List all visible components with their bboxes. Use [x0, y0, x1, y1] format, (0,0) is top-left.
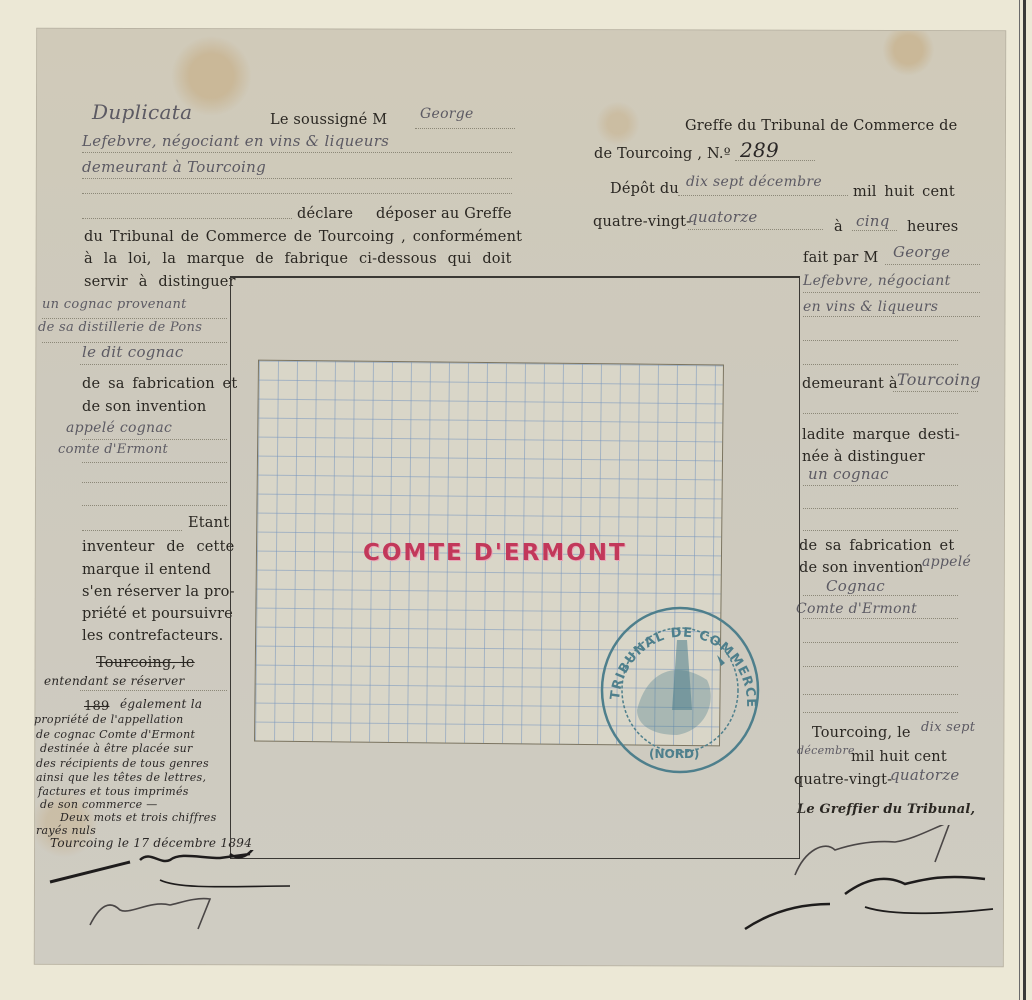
deposer-label: déposer au Greffe: [376, 206, 512, 222]
tribunal-seal-stamp: TRIBUNAL DE COMMERCE DE TOURCOING (NORD): [597, 600, 763, 776]
hw-deposit-number: 289: [740, 138, 779, 162]
hw-name-first: George: [420, 106, 474, 122]
marque-line: marque il entend: [82, 562, 211, 578]
hw-named-2: comte d'Ermont: [58, 442, 168, 457]
hw-left-date: Tourcoing le 17 décembre 1894: [50, 836, 252, 850]
nee-line: née à distinguer: [802, 449, 925, 465]
album-border-inner: [1019, 0, 1020, 1000]
field-line: [803, 485, 958, 486]
tribunal-line: du Tribunal de Commerce de Tourcoing , c…: [84, 229, 522, 245]
field-line: [803, 595, 958, 596]
hw-note-6: des récipients de tous genres: [36, 757, 209, 770]
field-line: [82, 218, 292, 219]
field-line: [803, 364, 958, 365]
inventeur-line: inventeur de cette: [82, 539, 234, 555]
hw-product-3: le dit cognac: [82, 343, 184, 361]
hw-depot-year: quatorze: [688, 208, 758, 226]
servir-line: servir à distinguer: [84, 274, 236, 290]
field-line: [803, 530, 958, 531]
hw-note-3: propriété de l'appellation: [34, 713, 183, 726]
field-line: [82, 462, 227, 463]
hw-fait-par-trade: en vins & liqueurs: [803, 299, 938, 315]
ladite-line: ladite marque desti-: [802, 427, 960, 443]
field-line: [82, 482, 227, 483]
hw-named-1: appelé cognac: [66, 420, 172, 436]
right-signatures: [735, 825, 995, 935]
duplicata-annotation: Duplicata: [92, 100, 192, 124]
field-line: [885, 264, 980, 265]
hw-note-2: également la: [120, 697, 202, 711]
hw-sig-year: quatorze: [890, 766, 960, 784]
fabrication-line-left: de sa fabrication et: [82, 376, 237, 392]
quatre-vingt-label: quatre-vingt-: [593, 214, 691, 230]
field-line: [803, 618, 958, 619]
field-line: [688, 229, 823, 230]
field-line: [82, 152, 512, 153]
hw-right-named-2: Cognac: [826, 577, 885, 595]
reserver-line: s'en réserver la pro-: [82, 584, 235, 600]
fabrication-line-right: de sa fabrication et: [799, 538, 954, 554]
hw-note-4: de cognac Comte d'Ermont: [36, 728, 195, 741]
hw-note-5: destinée à être placée sur: [40, 742, 193, 755]
heures-label: heures: [907, 219, 958, 235]
priete-line: priété et poursuivre: [82, 606, 233, 622]
demeurant-label: demeurant à: [802, 376, 898, 392]
greffe-heading: Greffe du Tribunal de Commerce de: [685, 118, 957, 134]
intro-label: Le soussigné M: [270, 112, 387, 128]
tourcoing-number-label: de Tourcoing , N.º: [594, 146, 731, 162]
svg-text:(NORD): (NORD): [649, 747, 699, 761]
field-line: [82, 193, 512, 194]
greffier-label: Le Greffier du Tribunal,: [797, 802, 975, 817]
field-line: [893, 391, 978, 392]
field-line: [803, 316, 980, 317]
field-line: [852, 230, 897, 231]
field-line: [678, 195, 848, 196]
hw-note-8: factures et tous imprimés: [38, 785, 189, 798]
contrefacteurs-line: les contrefacteurs.: [82, 628, 223, 644]
hw-hour: cinq: [856, 212, 890, 230]
field-line: [415, 128, 515, 129]
declare-label: déclare: [297, 206, 353, 222]
loi-line: à la loi, la marque de fabrique ci-desso…: [84, 251, 512, 267]
mil-label-2: mil huit cent: [851, 749, 947, 765]
field-line: [82, 439, 227, 440]
hw-sig-date-1: dix sept: [921, 720, 975, 735]
hw-fait-par-profession: Lefebvre, négociant: [803, 273, 951, 289]
fait-par-label: fait par M: [803, 250, 878, 266]
field-line: [803, 666, 958, 667]
struck-tourcoing-le: Tourcoing, le: [96, 655, 195, 671]
hw-note-10: Deux mots et trois chiffres: [60, 811, 217, 824]
left-signatures: [40, 850, 300, 940]
hw-note-9: de son commerce —: [40, 798, 158, 811]
hw-residence: demeurant à Tourcoing: [82, 158, 266, 176]
hw-product-2: de sa distillerie de Pons: [38, 320, 202, 335]
hw-right-product: un cognac: [808, 465, 889, 483]
field-line: [803, 340, 958, 341]
etant-label: Etant: [188, 515, 229, 531]
field-line: [80, 690, 227, 691]
mil-label: mil huit cent: [853, 184, 955, 200]
hw-note-7: ainsi que les têtes de lettres,: [36, 771, 206, 784]
field-line: [82, 178, 512, 179]
field-line: [803, 694, 958, 695]
field-line: [82, 505, 227, 506]
quatre-vingt-label-2: quatre-vingt-: [794, 772, 892, 788]
hw-name-profession: Lefebvre, négociant en vins & liqueurs: [82, 132, 389, 150]
hw-right-named-1: appelé: [922, 554, 971, 570]
hw-fait-par-name: George: [893, 243, 950, 261]
trademark-label: COMTE D'ERMONT: [363, 540, 627, 566]
invention-line-right: de son invention: [799, 560, 923, 576]
hw-sig-date-2: décembre: [797, 744, 855, 757]
hw-city: Tourcoing: [897, 370, 981, 389]
field-line: [803, 642, 958, 643]
field-line: [803, 508, 958, 509]
field-line: [82, 530, 182, 531]
invention-line-left: de son invention: [82, 399, 206, 415]
hw-right-named-3: Comte d'Ermont: [796, 601, 917, 617]
tourcoing-le-label: Tourcoing, le: [812, 725, 911, 741]
field-line: [80, 364, 227, 365]
hw-note-1: entendant se réserver: [44, 674, 185, 688]
field-line: [803, 292, 980, 293]
a-label: à: [834, 219, 843, 235]
field-line: [803, 413, 958, 414]
field-line: [803, 712, 958, 713]
field-line: [42, 318, 227, 319]
struck-year: 189: [84, 699, 109, 714]
album-border-outer: [1023, 0, 1026, 1000]
hw-product-1: un cognac provenant: [42, 297, 187, 312]
hw-depot-date: dix sept décembre: [686, 174, 822, 190]
depot-label: Dépôt du: [610, 181, 679, 197]
